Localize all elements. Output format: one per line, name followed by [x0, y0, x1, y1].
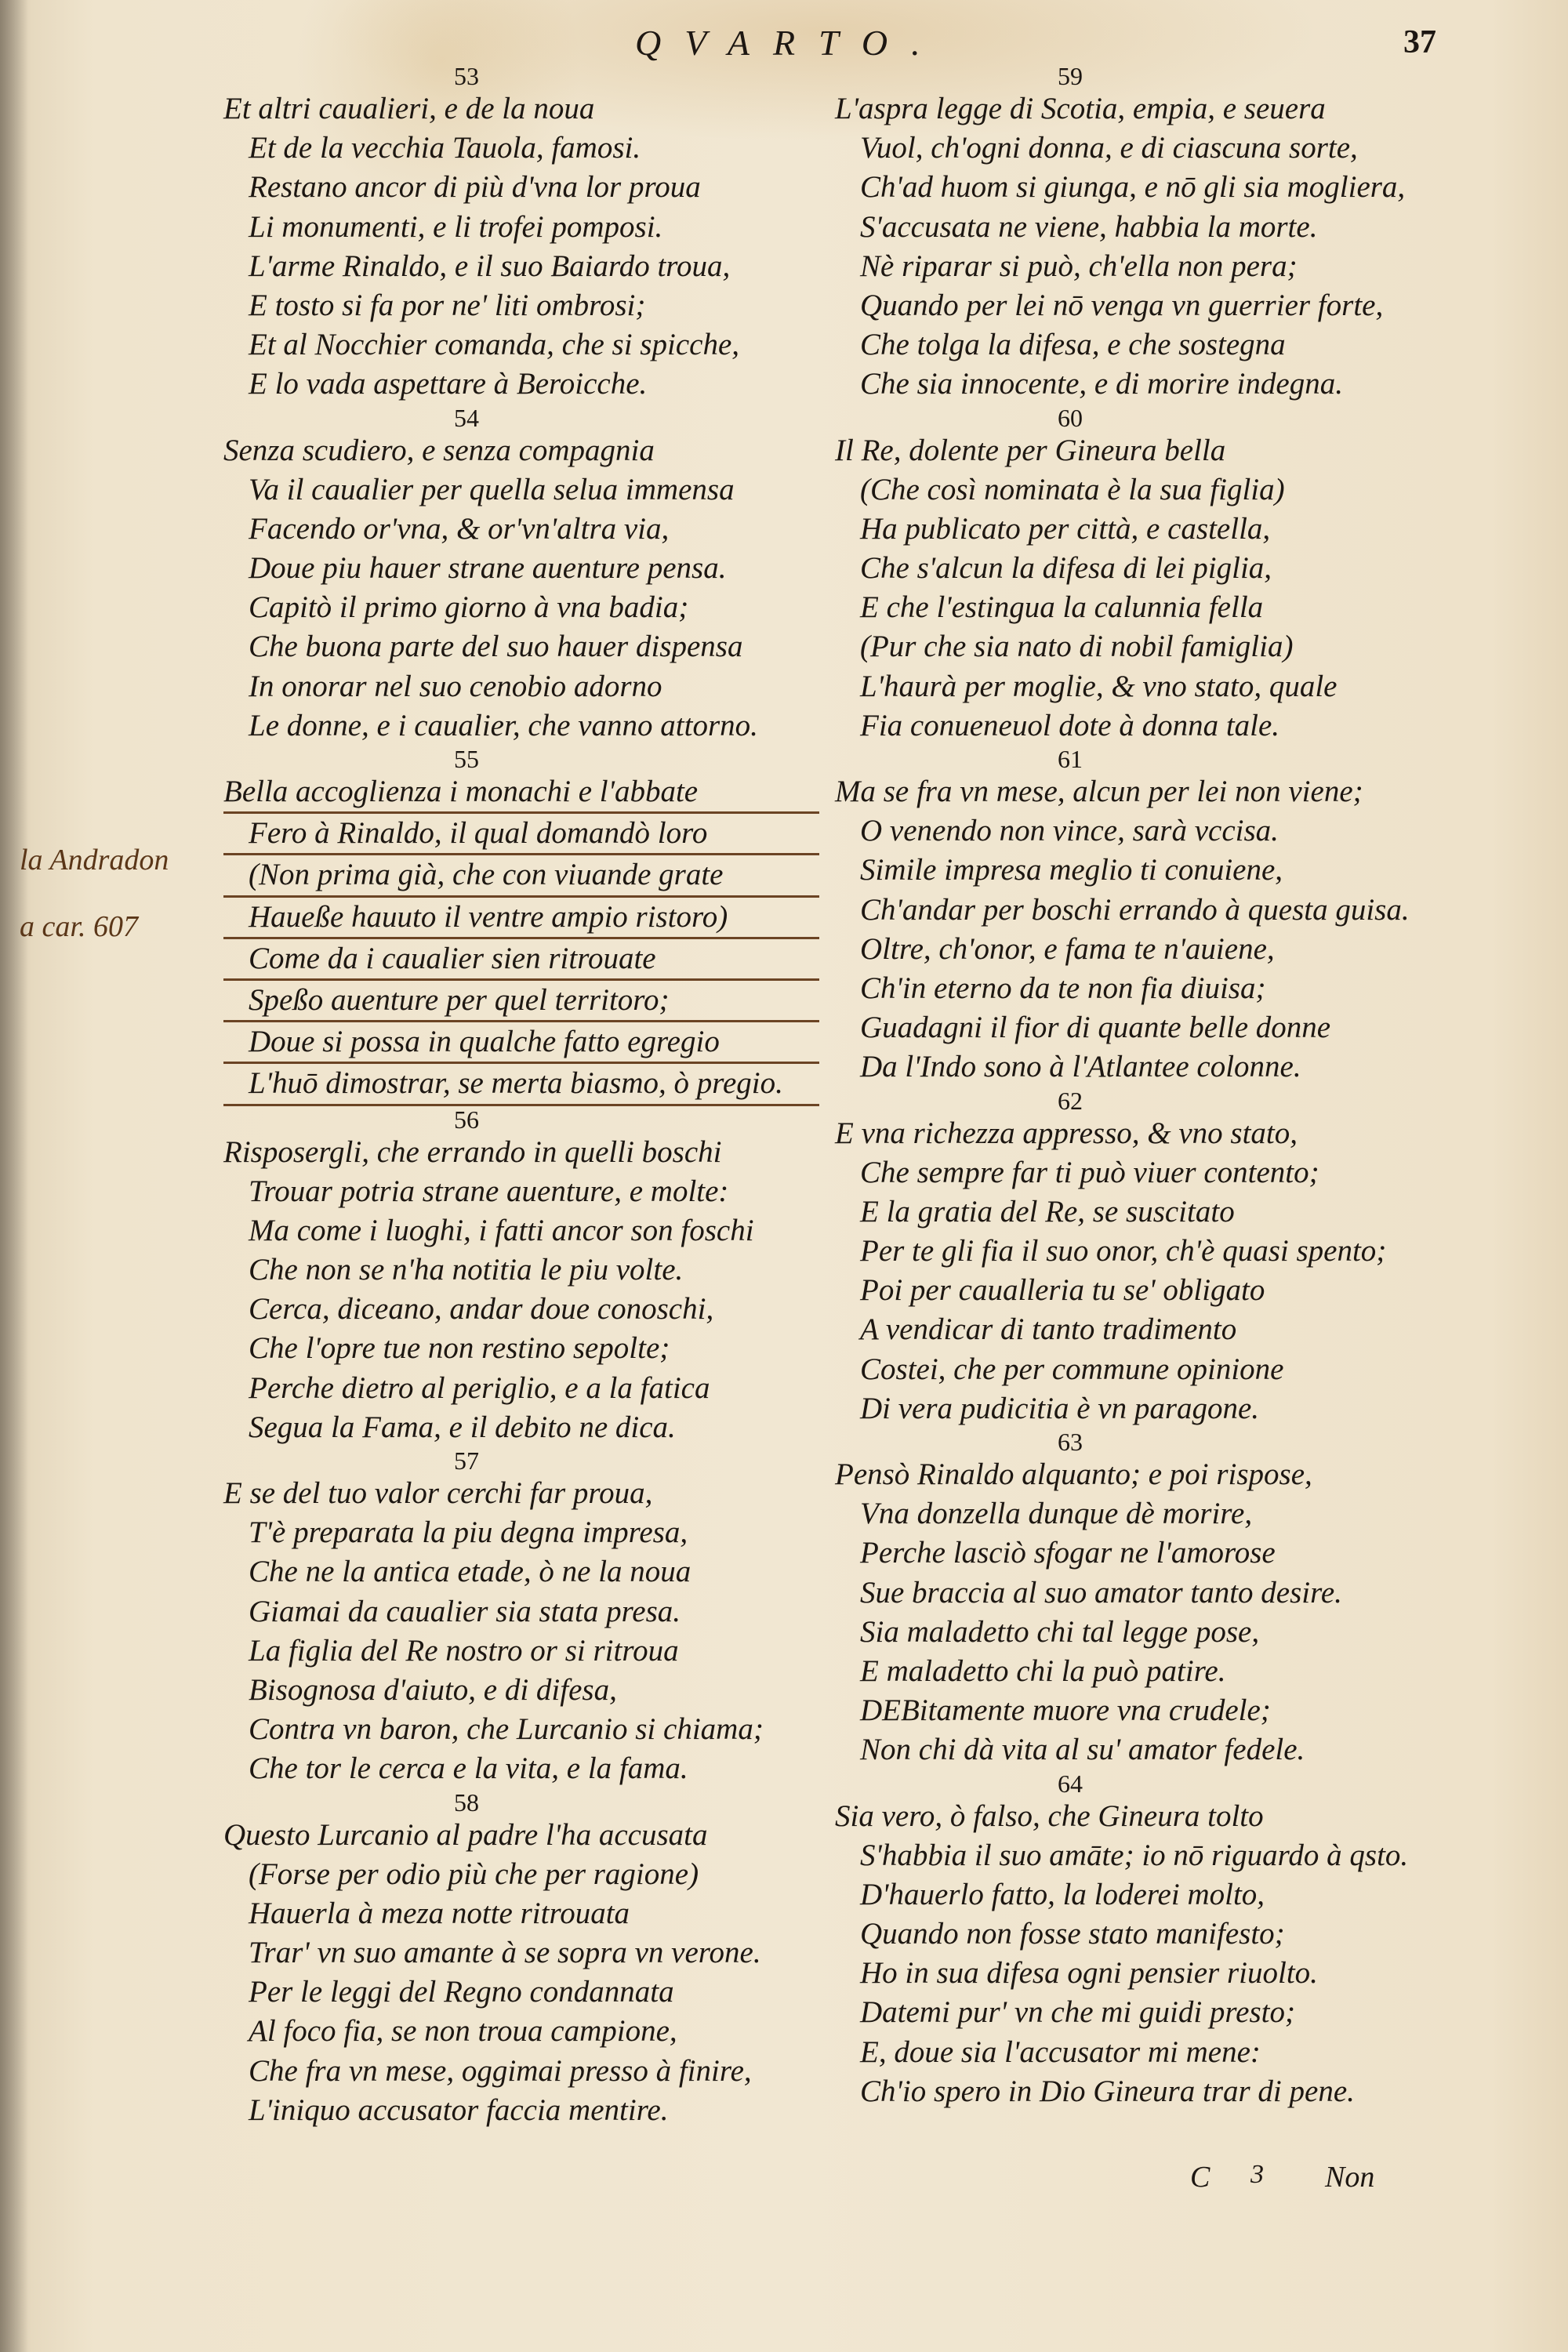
verse-line: Speßo auenture per quel territoro;: [223, 981, 819, 1022]
stanza-number: 56: [223, 1106, 819, 1133]
verse-line: Ch'in eterno da te non fia diuisa;: [835, 969, 1462, 1008]
stanza: 58Questo Lurcanio al padre l'ha accusata…: [223, 1789, 819, 2131]
stanza-number: 61: [835, 746, 1462, 772]
verse-line: Doue si possa in qualche fatto egregio: [223, 1022, 819, 1064]
verse-line: Quando per lei nō venga vn guerrier fort…: [835, 286, 1462, 325]
verse-line: L'arme Rinaldo, e il suo Baiardo troua,: [223, 247, 819, 286]
verse-line: Che ne la antica etade, ò ne la noua: [223, 1552, 819, 1592]
stanza-number: 59: [835, 63, 1462, 89]
verse-line: S'accusata ne viene, habbia la morte.: [835, 208, 1462, 247]
verse-line: E che l'estingua la calunnia fella: [835, 588, 1462, 627]
verse-line: Fero à Rinaldo, il qual domandò loro: [223, 814, 819, 855]
verse-line: Che non se n'ha notitia le piu volte.: [223, 1250, 819, 1290]
verse-line: T'è preparata la piu degna impresa,: [223, 1513, 819, 1552]
verse-line: Segua la Fama, e il debito ne dica.: [223, 1408, 819, 1447]
stanza-number: 63: [835, 1428, 1462, 1455]
verse-line: Sia maladetto chi tal legge pose,: [835, 1613, 1462, 1652]
verse-line: La figlia del Re nostro or si ritroua: [223, 1632, 819, 1671]
stanza-number: 64: [835, 1770, 1462, 1797]
verse-line: Quando non fosse stato manifesto;: [835, 1915, 1462, 1954]
verse-line: Trar' vn suo amante à se sopra vn verone…: [223, 1933, 819, 1973]
verse-line: E tosto si fa por ne' liti ombrosi;: [223, 286, 819, 325]
verse-line: Nè riparar si può, ch'ella non pera;: [835, 247, 1462, 286]
verse-line: Di vera pudicitia è vn paragone.: [835, 1389, 1462, 1428]
verse-line: Va il caualier per quella selua immensa: [223, 470, 819, 510]
verse-line: O venendo non vince, sarà vccisa.: [835, 811, 1462, 851]
verse-line: S'habbia il suo amāte; io nō riguardo à …: [835, 1836, 1462, 1875]
stanza: 53Et altri caualieri, e de la nouaEt de …: [223, 63, 819, 405]
verse-line: Bella accoglienza i monachi e l'abbate: [223, 772, 819, 814]
verse-line: Perche dietro al periglio, e a la fatica: [223, 1369, 819, 1408]
verse-line: Doue piu hauer strane auenture pensa.: [223, 549, 819, 588]
verse-line: Facendo or'vna, & or'vn'altra via,: [223, 510, 819, 549]
verse-line: Vna donzella dunque dè morire,: [835, 1494, 1462, 1534]
stanza-number: 54: [223, 405, 819, 431]
verse-line: (Che così nominata è la sua figlia): [835, 470, 1462, 510]
verse-line: Et altri caualieri, e de la noua: [223, 89, 819, 129]
catchword: Non: [1325, 2160, 1374, 2194]
verse-line: Poi per caualleria tu se' obligato: [835, 1271, 1462, 1310]
verse-line: Oltre, ch'onor, e fama te n'auiene,: [835, 930, 1462, 969]
stanza: 54Senza scudiero, e senza compagniaVa il…: [223, 405, 819, 746]
spine-shadow: [0, 0, 28, 2352]
verse-line: Che tor le cerca e la vita, e la fama.: [223, 1749, 819, 1788]
verse-line: (Forse per odio più che per ragione): [223, 1855, 819, 1894]
verse-line: Che buona parte del suo hauer dispensa: [223, 627, 819, 666]
verse-line: (Non prima già, che con viuande grate: [223, 855, 819, 897]
verse-line: Il Re, dolente per Gineura bella: [835, 431, 1462, 470]
verse-line: E, doue sia l'accusator mi mene:: [835, 2033, 1462, 2072]
verse-line: L'huō dimostrar, se merta biasmo, ò preg…: [223, 1064, 819, 1105]
stanza-number: 55: [223, 746, 819, 772]
verse-line: Le donne, e i caualier, che vanno attorn…: [223, 706, 819, 746]
verse-line: Per le leggi del Regno condannata: [223, 1973, 819, 2012]
verse-line: DEBitamente muore vna crudele;: [835, 1691, 1462, 1730]
verse-line: Senza scudiero, e senza compagnia: [223, 431, 819, 470]
verse-line: L'aspra legge di Scotia, empia, e seuera: [835, 89, 1462, 129]
stanza-number: 58: [223, 1789, 819, 1816]
stanza: 60Il Re, dolente per Gineura bella(Che c…: [835, 405, 1462, 746]
stanza: 64Sia vero, ò falso, che Gineura toltoS'…: [835, 1770, 1462, 2112]
verse-line: E maladetto chi la può patire.: [835, 1652, 1462, 1691]
verse-line: Che s'alcun la difesa di lei piglia,: [835, 549, 1462, 588]
verse-line: Che l'opre tue non restino sepolte;: [223, 1329, 819, 1368]
stanza: 56Risposergli, che errando in quelli bos…: [223, 1106, 819, 1448]
verse-line: L'iniquo accusator faccia mentire.: [223, 2091, 819, 2130]
verse-line: Ha publicato per città, e castella,: [835, 510, 1462, 549]
verse-line: Perche lasciò sfogar ne l'amorose: [835, 1534, 1462, 1573]
verse-line: Fia conueneuol dote à donna tale.: [835, 706, 1462, 746]
stanza-number: 60: [835, 405, 1462, 431]
verse-line: (Pur che sia nato di nobil famiglia): [835, 627, 1462, 666]
verse-line: Ho in sua difesa ogni pensier riuolto.: [835, 1954, 1462, 1993]
stanza: 61Ma se fra vn mese, alcun per lei non v…: [835, 746, 1462, 1087]
verse-line: Et al Nocchier comanda, che si spicche,: [223, 325, 819, 365]
verse-line: Ma come i luoghi, i fatti ancor son fosc…: [223, 1211, 819, 1250]
verse-line: D'hauerlo fatto, la loderei molto,: [835, 1875, 1462, 1915]
verse-line: E se del tuo valor cerchi far proua,: [223, 1474, 819, 1513]
stanza: 59L'aspra legge di Scotia, empia, e seue…: [835, 63, 1462, 405]
verse-line: Datemi pur' vn che mi guidi presto;: [835, 1993, 1462, 2032]
verse-line: A vendicar di tanto tradimento: [835, 1310, 1462, 1349]
verse-line: Ch'io spero in Dio Gineura trar di pene.: [835, 2072, 1462, 2111]
verse-line: Trouar potria strane auenture, e molte:: [223, 1172, 819, 1211]
verse-line: Ma se fra vn mese, alcun per lei non vie…: [835, 772, 1462, 811]
verse-line: Al foco fia, se non troua campione,: [223, 2012, 819, 2051]
verse-line: Cerca, diceano, andar doue conoschi,: [223, 1290, 819, 1329]
verse-line: Contra vn baron, che Lurcanio si chiama;: [223, 1710, 819, 1749]
verse-line: Non chi dà vita al su' amator fedele.: [835, 1730, 1462, 1769]
verse-line: In onorar nel suo cenobio adorno: [223, 667, 819, 706]
verse-line: Et de la vecchia Tauola, famosi.: [223, 129, 819, 168]
verse-line: Bisognosa d'aiuto, e di difesa,: [223, 1671, 819, 1710]
verse-line: Restano ancor di più d'vna lor proua: [223, 168, 819, 207]
verse-line: Per te gli fia il suo onor, ch'è quasi s…: [835, 1232, 1462, 1271]
verse-line: Sue braccia al suo amator tanto desire.: [835, 1573, 1462, 1613]
verse-line: Giamai da caualier sia stata presa.: [223, 1592, 819, 1632]
verse-line: Che sia innocente, e di morire indegna.: [835, 365, 1462, 404]
verse-line: Come da i caualier sien ritrouate: [223, 939, 819, 981]
verse-line: Risposergli, che errando in quelli bosch…: [223, 1133, 819, 1172]
verse-line: Questo Lurcanio al padre l'ha accusata: [223, 1816, 819, 1855]
verse-line: Simile impresa meglio ti conuiene,: [835, 851, 1462, 890]
book-page: QVARTO. 37 la Andradon a car. 607 53Et a…: [0, 0, 1568, 2352]
stanza: 62E vna richezza appresso, & vno stato,C…: [835, 1087, 1462, 1429]
folio-number: 37: [1403, 24, 1436, 61]
verse-line: Guadagni il fior di quante belle donne: [835, 1008, 1462, 1047]
signature-mark-letter: C: [1190, 2160, 1210, 2194]
verse-line: L'haurà per moglie, & vno stato, quale: [835, 667, 1462, 706]
verse-line: Che sempre far ti può viuer contento;: [835, 1153, 1462, 1192]
stanza-number: 57: [223, 1447, 819, 1474]
verse-line: Hauerla à meza notte ritrouata: [223, 1894, 819, 1933]
verse-line: Haueße hauuto il ventre ampio ristoro): [223, 898, 819, 939]
verse-line: Che tolga la difesa, e che sostegna: [835, 325, 1462, 365]
stanza-number: 53: [223, 63, 819, 89]
verse-line: Li monumenti, e li trofei pomposi.: [223, 208, 819, 247]
verse-line: E la gratia del Re, se suscitato: [835, 1192, 1462, 1232]
verse-line: Da l'Indo sono à l'Atlantee colonne.: [835, 1047, 1462, 1087]
verse-line: Ch'andar per boschi errando à questa gui…: [835, 891, 1462, 930]
verse-line: Pensò Rinaldo alquanto; e poi rispose,: [835, 1455, 1462, 1494]
signature-mark-number: 3: [1250, 2160, 1264, 2190]
verse-line: Capitò il primo giorno à vna badia;: [223, 588, 819, 627]
marginal-note-line-1: la Andradon: [20, 843, 169, 877]
verse-line: Sia vero, ò falso, che Gineura tolto: [835, 1797, 1462, 1836]
verse-line: Che fra vn mese, oggimai presso à finire…: [223, 2052, 819, 2091]
verse-line: Vuol, ch'ogni donna, e di ciascuna sorte…: [835, 129, 1462, 168]
left-column: 53Et altri caualieri, e de la nouaEt de …: [223, 63, 835, 2130]
verse-line: E lo vada aspettare à Beroicche.: [223, 365, 819, 404]
stanza: 63Pensò Rinaldo alquanto; e poi rispose,…: [835, 1428, 1462, 1770]
right-column: 59L'aspra legge di Scotia, empia, e seue…: [835, 63, 1462, 2111]
verse-line: Ch'ad huom si giunga, e nō gli sia mogli…: [835, 168, 1462, 207]
verse-line: E vna richezza appresso, & vno stato,: [835, 1114, 1462, 1153]
verse-line: Costei, che per commune opinione: [835, 1350, 1462, 1389]
running-title: QVARTO.: [635, 22, 944, 64]
stanza-number: 62: [835, 1087, 1462, 1114]
stanza: 55Bella accoglienza i monachi e l'abbate…: [223, 746, 819, 1106]
stanza: 57E se del tuo valor cerchi far proua,T'…: [223, 1447, 819, 1789]
marginal-note-line-2: a car. 607: [20, 909, 138, 944]
